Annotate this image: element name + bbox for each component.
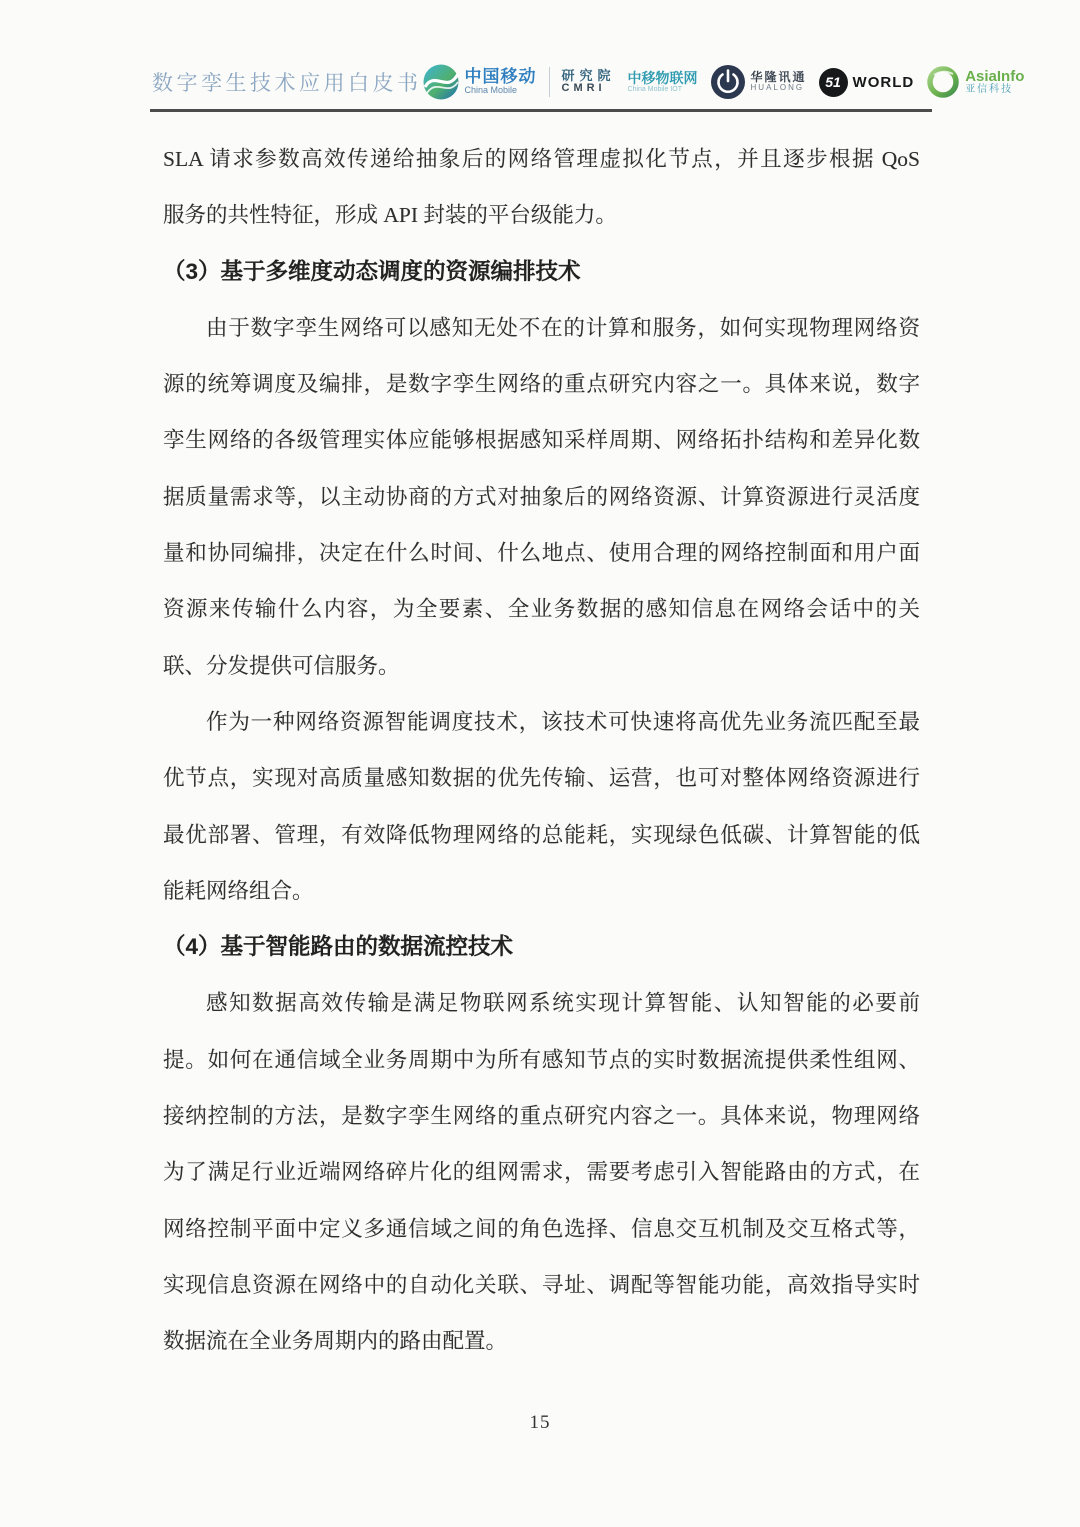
cmiot-sub: China Mobile IOT bbox=[628, 86, 698, 94]
header-logos: 中国移动 China Mobile 研究院 CMRI 中移物联网 China M… bbox=[422, 63, 1025, 101]
header-doc-title: 数字孪生技术应用白皮书 bbox=[152, 67, 422, 97]
text-line: 作为一种网络资源智能调度技术，该技术可快速将高优先业务流匹配至最 bbox=[163, 694, 920, 750]
text-line: 由于数字孪生网络可以感知无处不在的计算和服务，如何实现物理网络资 bbox=[163, 300, 920, 356]
china-mobile-name: 中国移动 bbox=[465, 68, 537, 86]
asiainfo-name: AsiaInfo bbox=[965, 69, 1024, 85]
text-line: SLA 请求参数高效传递给抽象后的网络管理虚拟化节点，并且逐步根据 QoS bbox=[163, 131, 920, 187]
china-mobile-logo: 中国移动 China Mobile bbox=[422, 63, 537, 101]
logo-divider bbox=[549, 67, 550, 97]
text-line: 提。如何在通信域全业务周期中为所有感知节点的实时数据流提供柔性组网、 bbox=[163, 1032, 920, 1088]
text-line: 优节点，实现对高质量感知数据的优先传输、运营，也可对整体网络资源进行 bbox=[163, 750, 920, 806]
text-line: 网络控制平面中定义多通信域之间的角色选择、信息交互机制及交互格式等， bbox=[163, 1201, 920, 1257]
text-line: 为了满足行业近端网络碎片化的组网需求，需要考虑引入智能路由的方式，在 bbox=[163, 1144, 920, 1200]
51world-name: WORLD bbox=[853, 74, 915, 91]
51world-logo: 51 WORLD bbox=[819, 68, 915, 97]
cmri-name: 研究院 bbox=[562, 69, 616, 83]
text-line: 实现信息资源在网络中的自动化关联、寻址、调配等智能功能，高效指导实时 bbox=[163, 1257, 920, 1313]
cmri-logo: 研究院 CMRI bbox=[562, 69, 616, 95]
text-line: 量和协同编排，决定在什么时间、什么地点、使用合理的网络控制面和用户面 bbox=[163, 525, 920, 581]
asiainfo-sub: 亚信科技 bbox=[965, 85, 1024, 96]
hualong-sub: HUALONG bbox=[751, 84, 807, 93]
text-line: 源的统筹调度及编排，是数字孪生网络的重点研究内容之一。具体来说，数字 bbox=[163, 356, 920, 412]
text-line: 据质量需求等，以主动协商的方式对抽象后的网络资源、计算资源进行灵活度 bbox=[163, 469, 920, 525]
asiainfo-logo: AsiaInfo 亚信科技 bbox=[926, 65, 1024, 99]
text-line: 能耗网络组合。 bbox=[163, 863, 920, 919]
cmiot-logo: 中移物联网 China Mobile IOT bbox=[628, 71, 698, 94]
text-line: 孪生网络的各级管理实体应能够根据感知采样周期、网络拓扑结构和差异化数 bbox=[163, 412, 920, 468]
hualong-logo: 华隆讯通 HUALONG bbox=[710, 64, 807, 100]
section-heading-3: （3）基于多维度动态调度的资源编排技术 bbox=[163, 244, 920, 300]
text-line: 接纳控制的方法，是数字孪生网络的重点研究内容之一。具体来说，物理网络 bbox=[163, 1088, 920, 1144]
text-line: 资源来传输什么内容，为全要素、全业务数据的感知信息在网络会话中的关 bbox=[163, 581, 920, 637]
51-badge-icon: 51 bbox=[819, 68, 848, 97]
section-heading-4: （4）基于智能路由的数据流控技术 bbox=[163, 919, 920, 975]
asiainfo-ring-icon bbox=[926, 65, 960, 99]
page-footer: 15 bbox=[0, 1412, 1080, 1434]
china-mobile-swirl-icon bbox=[422, 63, 460, 101]
page-number: 15 bbox=[530, 1412, 551, 1433]
text-line: 数据流在全业务周期内的路由配置。 bbox=[163, 1313, 920, 1369]
text-line: 服务的共性特征，形成 API 封装的平台级能力。 bbox=[163, 187, 920, 243]
document-body: SLA 请求参数高效传递给抽象后的网络管理虚拟化节点，并且逐步根据 QoS 服务… bbox=[163, 131, 920, 1370]
text-line: 联、分发提供可信服务。 bbox=[163, 638, 920, 694]
power-button-icon bbox=[710, 64, 746, 100]
text-line: 感知数据高效传输是满足物联网系统实现计算智能、认知智能的必要前 bbox=[163, 975, 920, 1031]
text-line: 最优部署、管理，有效降低物理网络的总能耗，实现绿色低碳、计算智能的低 bbox=[163, 807, 920, 863]
page-header: 数字孪生技术应用白皮书 中国移动 China Mobile bbox=[152, 56, 938, 108]
cmri-sub: CMRI bbox=[562, 83, 616, 95]
header-rule bbox=[150, 109, 932, 112]
cmiot-name: 中移物联网 bbox=[628, 71, 698, 86]
china-mobile-sub: China Mobile bbox=[465, 86, 537, 96]
